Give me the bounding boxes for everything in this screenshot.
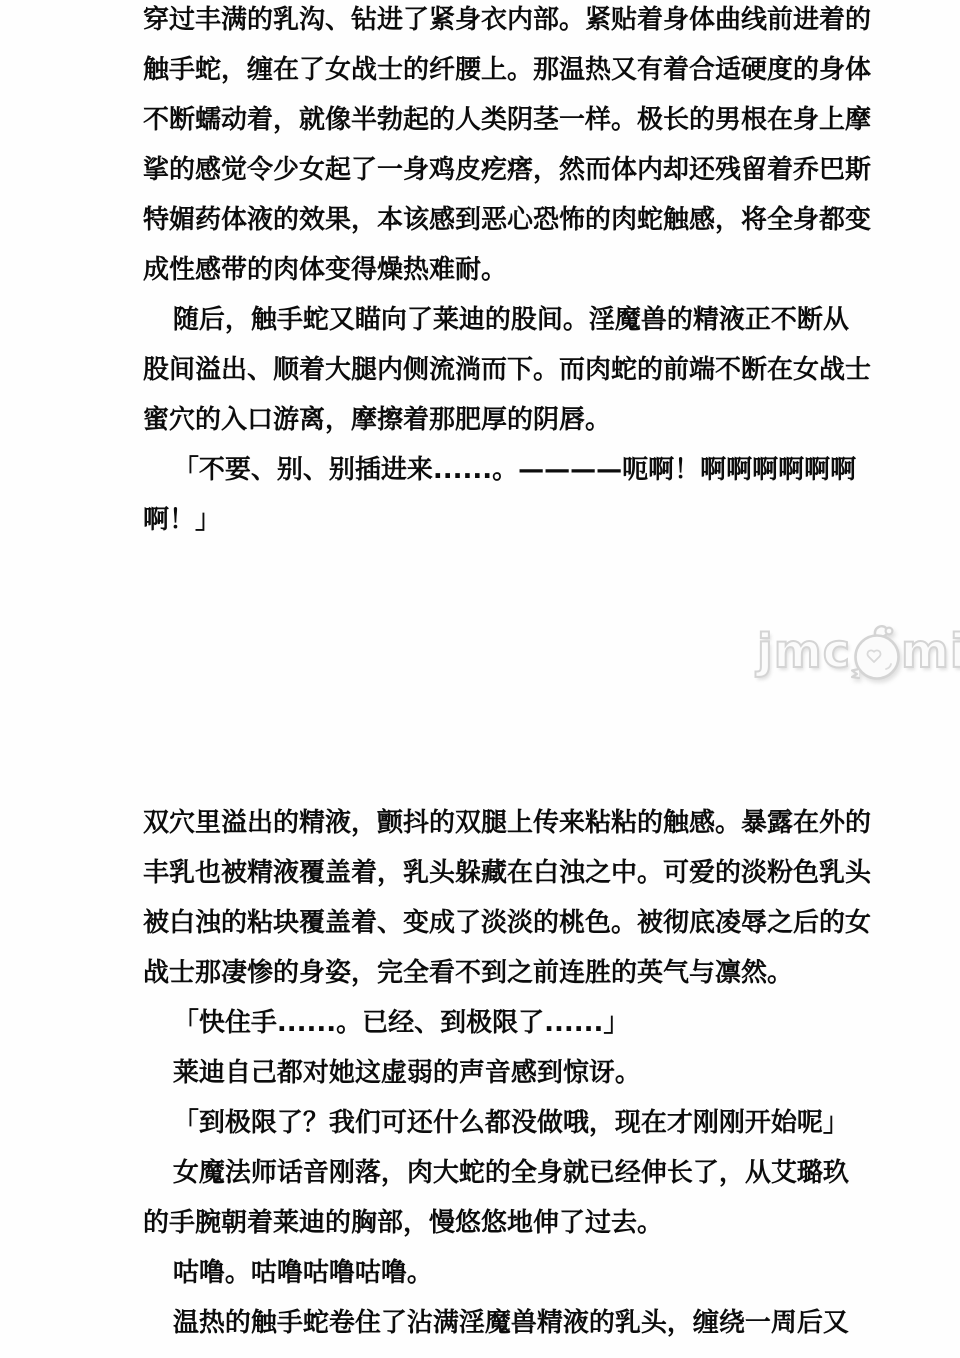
- jmcomic-mascot-icon: [848, 623, 904, 685]
- text-line: 股间溢出、顺着大腿内侧流淌而下。而肉蛇的前端不断在女战士: [143, 345, 827, 395]
- jmcomic-watermark: jmc mic: [757, 623, 960, 679]
- text-line: 战士那凄惨的身姿，完全看不到之前连胜的英气与凛然。: [143, 948, 827, 998]
- novel-page: 穿过丰满的乳沟、钻进了紧身衣内部。紧贴着身体曲线前进着的 触手蛇，缠在了女战士的…: [0, 0, 960, 1358]
- text-line: 双穴里溢出的精液，颤抖的双腿上传来粘粘的触感。暴露在外的: [143, 798, 827, 848]
- watermark-text-left: jmc: [757, 628, 851, 674]
- text-line: 的手腕朝着莱迪的胸部，慢悠悠地伸了过去。: [143, 1198, 827, 1248]
- text-line: 被白浊的粘块覆盖着、变成了淡淡的桃色。被彻底凌辱之后的女: [143, 898, 827, 948]
- text-block-bottom: 双穴里溢出的精液，颤抖的双腿上传来粘粘的触感。暴露在外的 丰乳也被精液覆盖着，乳…: [143, 798, 827, 1348]
- text-line: 莱迪自己都对她这虚弱的声音感到惊讶。: [143, 1048, 827, 1098]
- text-line: 随后，触手蛇又瞄向了莱迪的股间。淫魔兽的精液正不断从: [143, 295, 827, 345]
- text-line: 女魔法师话音刚落，肉大蛇的全身就已经伸长了，从艾璐玖: [143, 1148, 827, 1198]
- text-line: 特媚药体液的效果，本该感到恶心恐怖的肉蛇触感，将全身都变: [143, 195, 827, 245]
- text-line: 啊！」: [143, 495, 827, 545]
- text-line: 温热的触手蛇卷住了沾满淫魔兽精液的乳头，缠绕一周后又: [143, 1298, 827, 1348]
- text-line: 丰乳也被精液覆盖着，乳头躲藏在白浊之中。可爱的淡粉色乳头: [143, 848, 827, 898]
- text-block-top: 穿过丰满的乳沟、钻进了紧身衣内部。紧贴着身体曲线前进着的 触手蛇，缠在了女战士的…: [143, 0, 827, 545]
- watermark-text-right: mic: [901, 628, 960, 674]
- text-line: 成性感带的肉体变得燥热难耐。: [143, 245, 827, 295]
- text-line: 蜜穴的入口游离，摩擦着那肥厚的阴唇。: [143, 395, 827, 445]
- text-line: 触手蛇，缠在了女战士的纤腰上。那温热又有着合适硬度的身体: [143, 45, 827, 95]
- text-line: 穿过丰满的乳沟、钻进了紧身衣内部。紧贴着身体曲线前进着的: [143, 0, 827, 45]
- text-line: 咕噜。咕噜咕噜咕噜。: [143, 1248, 827, 1298]
- text-line: 「到极限了？我们可还什么都没做哦，现在才刚刚开始呢」: [143, 1098, 827, 1148]
- text-line: 不断蠕动着，就像半勃起的人类阴茎一样。极长的男根在身上摩: [143, 95, 827, 145]
- text-line: 「不要、别、别插进来......。————呃啊！啊啊啊啊啊啊: [143, 445, 827, 495]
- text-line: 「快住手......。已经、到极限了......」: [143, 998, 827, 1048]
- text-line: 挲的感觉令少女起了一身鸡皮疙瘩，然而体内却还残留着乔巴斯: [143, 145, 827, 195]
